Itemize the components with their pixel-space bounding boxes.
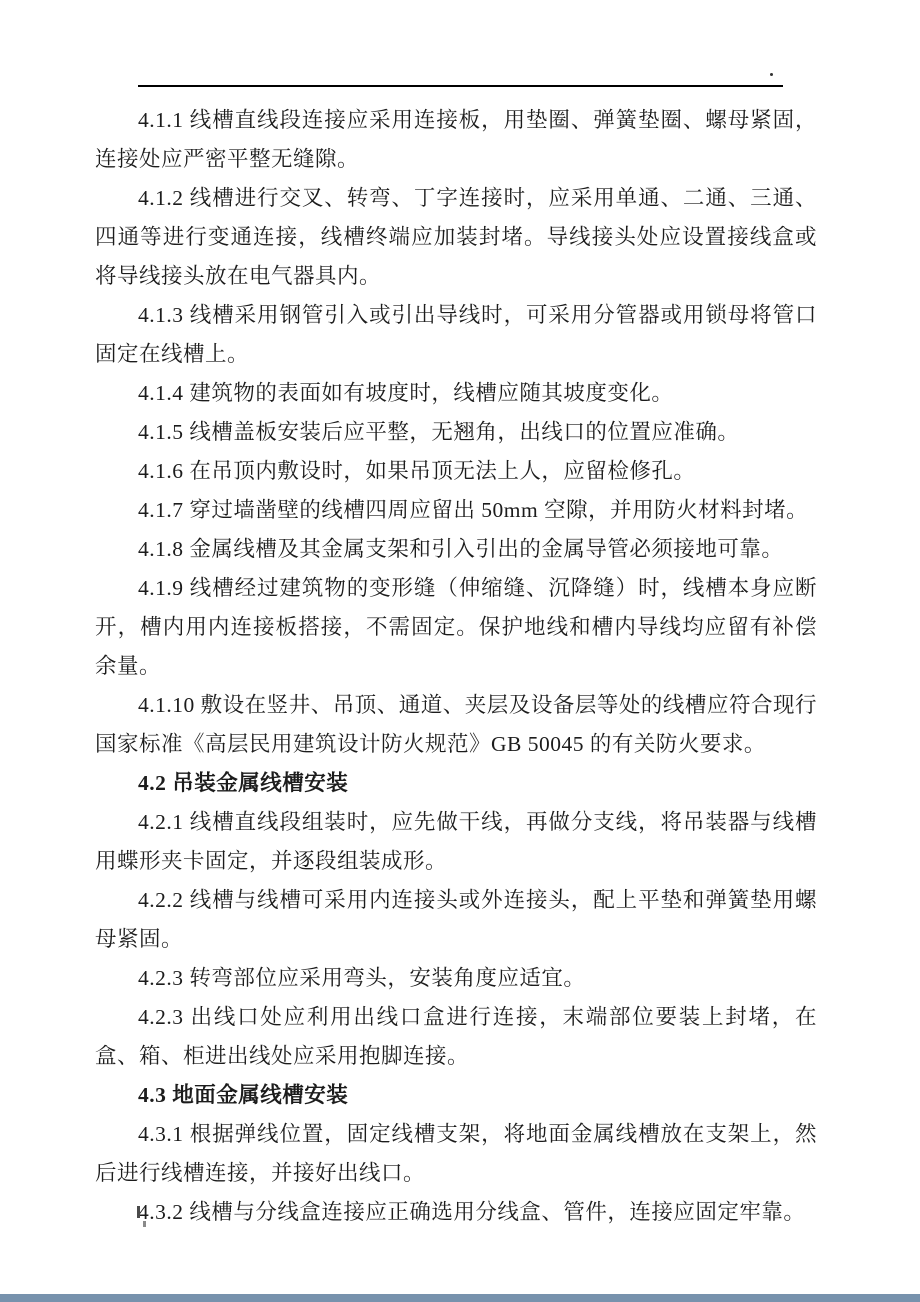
section-heading: 4.2 吊装金属线槽安装 [95, 764, 817, 803]
document-page: 4.1.1 线槽直线段连接应采用连接板，用垫圈、弹簧垫圈、螺母紧固，连接处应严密… [0, 0, 920, 1302]
paragraph: 4.2.3 出线口处应利用出线口盒进行连接，末端部位要装上封堵，在盒、箱、柜进出… [95, 998, 817, 1076]
header-rule-line [138, 85, 783, 87]
stray-scan-mark [143, 1221, 146, 1227]
paragraph: 4.1.7 穿过墙凿壁的线槽四周应留出 50mm 空隙，并用防火材料封堵。 [95, 491, 817, 530]
paragraph: 4.2.2 线槽与线槽可采用内连接头或外连接头，配上平垫和弹簧垫用螺母紧固。 [95, 881, 817, 959]
paragraph: 4.2.1 线槽直线段组装时，应先做干线，再做分支线，将吊装器与线槽用蝶形夹卡固… [95, 803, 817, 881]
section-heading: 4.3 地面金属线槽安装 [95, 1076, 817, 1115]
page-bottom-edge-bar [0, 1294, 920, 1302]
paragraph: 4.3.2 线槽与分线盒连接应正确选用分线盒、管件，连接应固定牢靠。 [95, 1193, 817, 1232]
stray-dot-top-right [770, 73, 773, 76]
paragraph: 4.1.10 敷设在竖井、吊顶、通道、夹层及设备层等处的线槽应符合现行国家标准《… [95, 686, 817, 764]
stray-scan-mark [137, 1206, 140, 1218]
paragraph: 4.1.5 线槽盖板安装后应平整，无翘角，出线口的位置应准确。 [95, 413, 817, 452]
paragraph: 4.1.9 线槽经过建筑物的变形缝（伸缩缝、沉降缝）时，线槽本身应断开，槽内用内… [95, 569, 817, 686]
paragraph: 4.1.6 在吊顶内敷设时，如果吊顶无法上人，应留检修孔。 [95, 452, 817, 491]
paragraph: 4.1.2 线槽进行交叉、转弯、丁字连接时，应采用单通、二通、三通、四通等进行变… [95, 179, 817, 296]
paragraph: 4.1.8 金属线槽及其金属支架和引入引出的金属导管必须接地可靠。 [95, 530, 817, 569]
paragraph: 4.1.1 线槽直线段连接应采用连接板，用垫圈、弹簧垫圈、螺母紧固，连接处应严密… [95, 101, 817, 179]
paragraph: 4.2.3 转弯部位应采用弯头，安装角度应适宜。 [95, 959, 817, 998]
document-body: 4.1.1 线槽直线段连接应采用连接板，用垫圈、弹簧垫圈、螺母紧固，连接处应严密… [95, 101, 817, 1232]
paragraph: 4.1.4 建筑物的表面如有坡度时，线槽应随其坡度变化。 [95, 374, 817, 413]
paragraph: 4.3.1 根据弹线位置，固定线槽支架，将地面金属线槽放在支架上，然后进行线槽连… [95, 1115, 817, 1193]
paragraph: 4.1.3 线槽采用钢管引入或引出导线时，可采用分管器或用锁母将管口固定在线槽上… [95, 296, 817, 374]
